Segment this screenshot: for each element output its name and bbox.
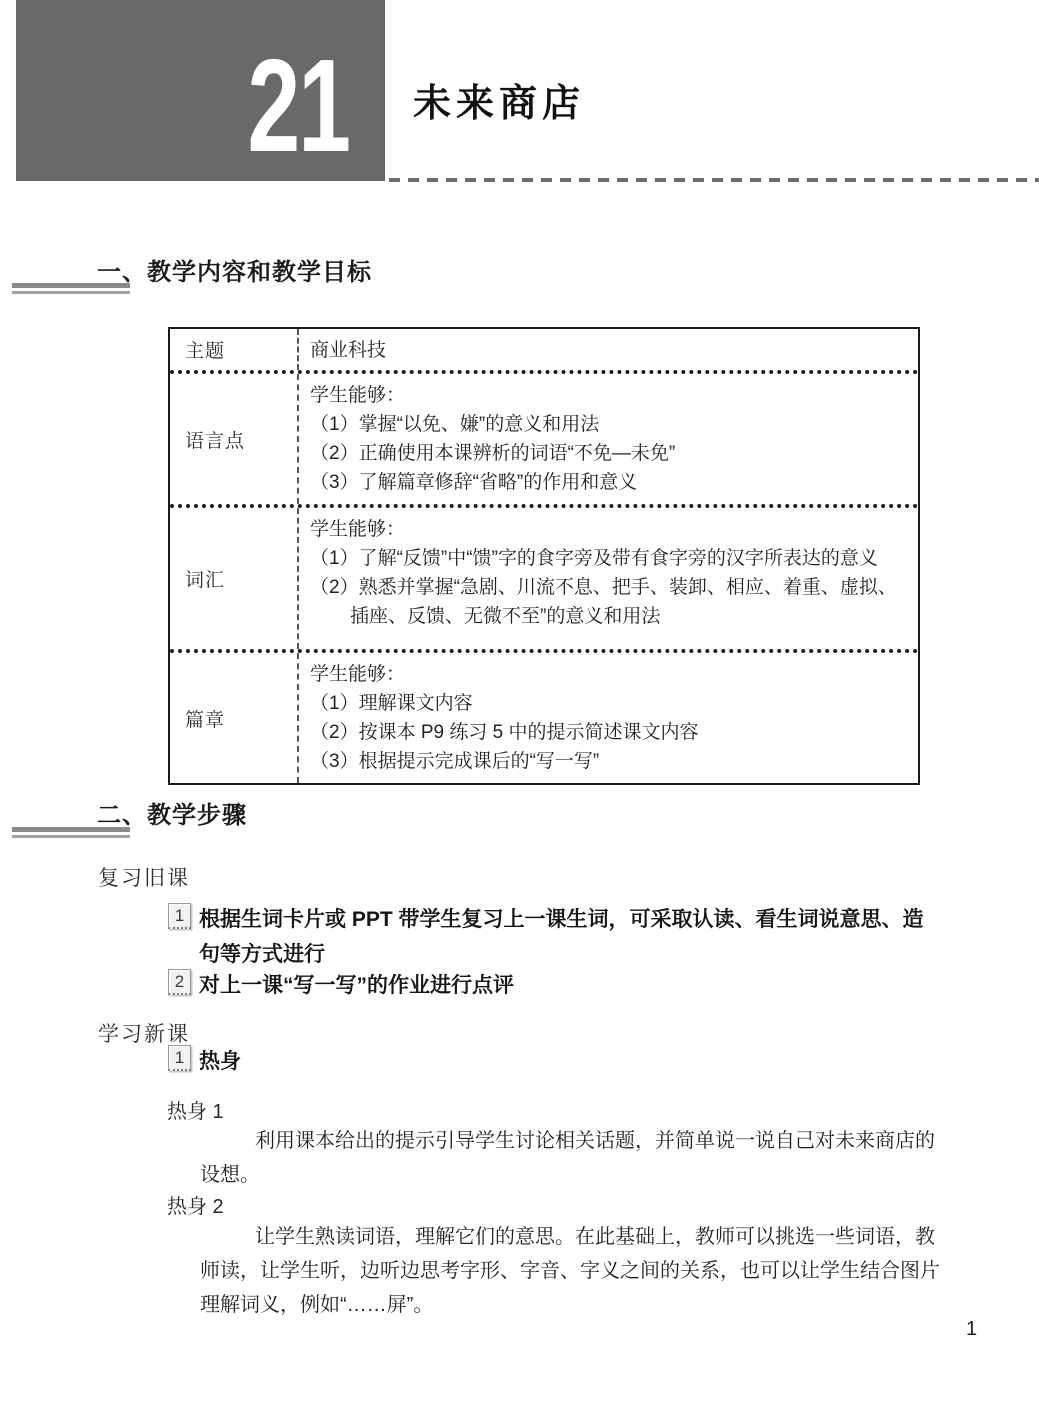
- document-page: 21 未来商店 一、教学内容和教学目标 主题 商业科技 语言点 学生能够： （1…: [0, 0, 1039, 1401]
- warmup-1-label: 热身 1: [167, 1095, 224, 1124]
- content-line: （1）掌握“以免、嫌”的意义和用法: [310, 410, 910, 439]
- header-dashed-rule: [389, 178, 1039, 182]
- table-row: 语言点 学生能够： （1）掌握“以免、嫌”的意义和用法 （2）正确使用本课辨析的…: [170, 370, 918, 504]
- content-line: （2）熟悉并掌握“急剧、川流不息、把手、装卸、相应、着重、虚拟、插座、反馈、无微…: [310, 573, 910, 631]
- content-line: 商业科技: [310, 336, 910, 365]
- step-text: 根据生词卡片或 PPT 带学生复习上一课生词，可采取认读、看生词说意思、造句等方…: [199, 902, 939, 972]
- step-number-badge: 2: [168, 969, 191, 995]
- underline-bar: [12, 291, 130, 294]
- table-row: 主题 商业科技: [170, 329, 918, 370]
- row-label: 词汇: [170, 508, 297, 649]
- page-number: 1: [966, 1318, 977, 1341]
- section2-heading: 二、教学步骤: [97, 795, 247, 830]
- row-label: 主题: [170, 329, 297, 370]
- content-line: （2）按课本 P9 练习 5 中的提示简述课文内容: [310, 718, 910, 747]
- content-line: 学生能够：: [310, 381, 910, 410]
- content-line: 学生能够：: [310, 660, 910, 689]
- table-row: 词汇 学生能够： （1）了解“反馈”中“馈”字的食字旁及带有食字旁的汉字所表达的…: [170, 504, 918, 649]
- warmup-2-label: 热身 2: [167, 1190, 224, 1219]
- section1-heading: 一、教学内容和教学目标: [97, 252, 372, 287]
- content-line: （3）了解篇章修辞“省略”的作用和意义: [310, 468, 910, 497]
- step-number-badge: 1: [168, 903, 191, 929]
- new-lesson-step-1: 1 热身: [168, 1044, 939, 1079]
- content-line: （3）根据提示完成课后的“写一写”: [310, 747, 910, 776]
- section1-heading-underline: [12, 283, 130, 294]
- table-row: 篇章 学生能够： （1）理解课文内容 （2）按课本 P9 练习 5 中的提示简述…: [170, 649, 918, 783]
- underline-bar: [12, 283, 130, 288]
- lesson-title: 未来商店: [413, 72, 585, 127]
- row-content: 商业科技: [297, 329, 918, 370]
- content-line: （1）理解课文内容: [310, 689, 910, 718]
- review-section-label: 复习旧课: [98, 862, 190, 892]
- section2-heading-underline: [12, 827, 130, 838]
- row-content: 学生能够： （1）理解课文内容 （2）按课本 P9 练习 5 中的提示简述课文内…: [297, 653, 918, 783]
- step-number-badge: 1: [168, 1045, 191, 1071]
- content-line: （1）了解“反馈”中“馈”字的食字旁及带有食字旁的汉字所表达的意义: [310, 544, 910, 573]
- step-text: 对上一课“写一写”的作业进行点评: [199, 968, 939, 1003]
- lesson-number: 21: [248, 56, 349, 155]
- step-title: 热身: [199, 1044, 939, 1079]
- row-content: 学生能够： （1）了解“反馈”中“馈”字的食字旁及带有食字旁的汉字所表达的意义 …: [297, 508, 918, 649]
- warmup-1-paragraph: 利用课本给出的提示引导学生讨论相关话题，并简单说一说自己对未来商店的设想。: [200, 1124, 940, 1192]
- content-line: （2）正确使用本课辨析的词语“不免—未免”: [310, 439, 910, 468]
- row-label: 篇章: [170, 653, 297, 783]
- underline-bar: [12, 827, 130, 832]
- underline-bar: [12, 835, 130, 838]
- content-line: 学生能够：: [310, 515, 910, 544]
- objectives-table: 主题 商业科技 语言点 学生能够： （1）掌握“以免、嫌”的意义和用法 （2）正…: [168, 327, 920, 785]
- row-label: 语言点: [170, 374, 297, 504]
- row-content: 学生能够： （1）掌握“以免、嫌”的意义和用法 （2）正确使用本课辨析的词语“不…: [297, 374, 918, 504]
- review-step-1: 1 根据生词卡片或 PPT 带学生复习上一课生词，可采取认读、看生词说意思、造句…: [168, 902, 939, 972]
- review-step-2: 2 对上一课“写一写”的作业进行点评: [168, 968, 939, 1003]
- warmup-2-paragraph: 让学生熟读词语，理解它们的意思。在此基础上，教师可以挑选一些词语，教师读，让学生…: [200, 1220, 940, 1322]
- lesson-number-block: 21: [16, 0, 385, 181]
